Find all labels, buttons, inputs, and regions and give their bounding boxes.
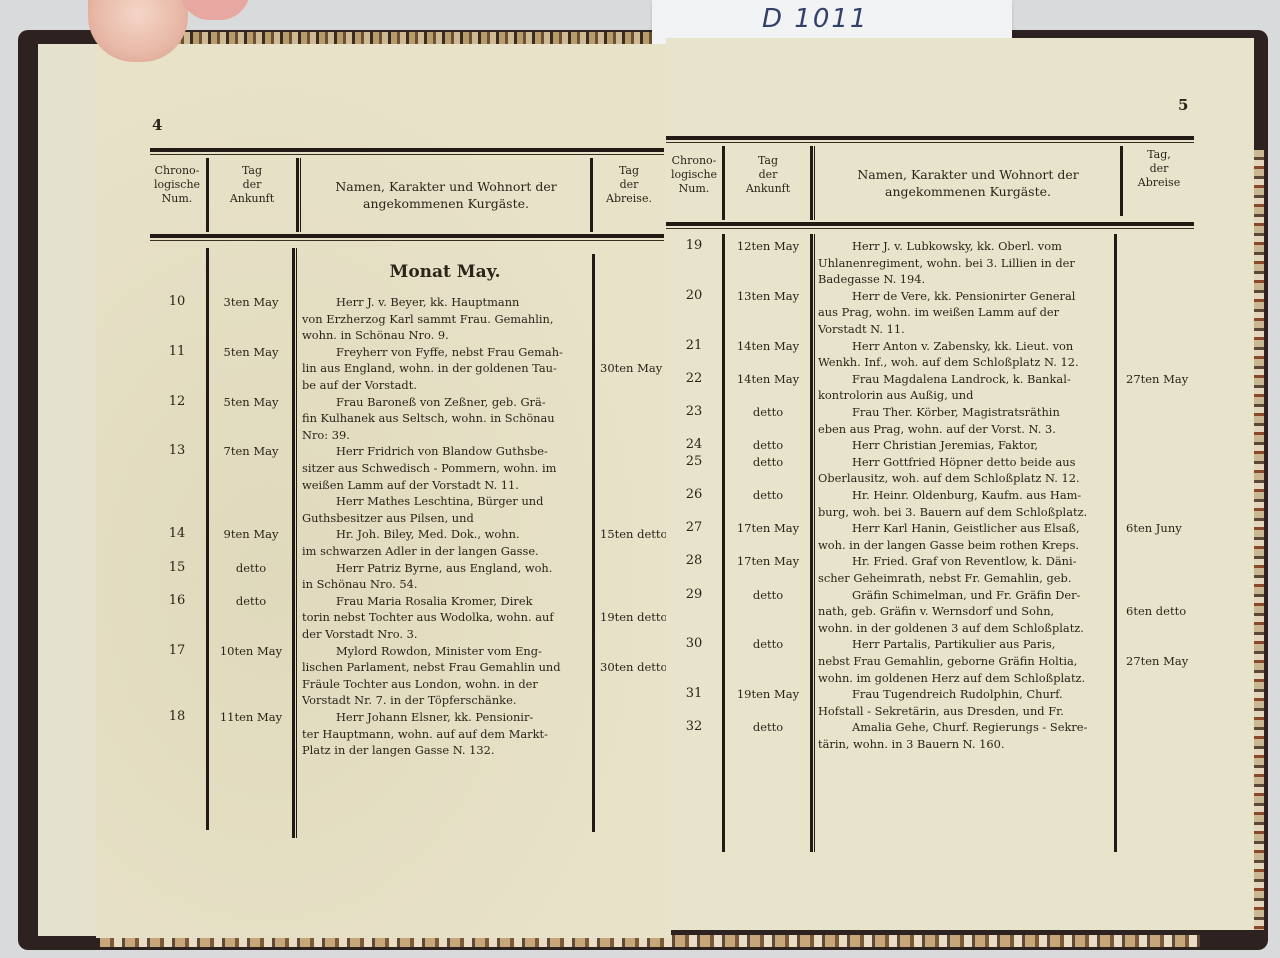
guest-entry-text: Herr Patriz Byrne, aus England, woh.in S… xyxy=(302,560,590,593)
header-departure: Tag, der Abreise xyxy=(1124,148,1194,190)
arrival-date: 14ten May xyxy=(726,338,810,355)
guest-entry-text: Amalia Gehe, Churf. Regierungs - Sekre-t… xyxy=(818,719,1112,752)
guest-entry-text: Herr Anton v. Zabensky, kk. Lieut. vonWe… xyxy=(818,338,1112,371)
entry-line: Nro: 39. xyxy=(302,427,590,444)
entry-line: Platz in der langen Gasse N. 132. xyxy=(302,742,590,759)
entry-number: 12 xyxy=(148,394,206,411)
entry-line: Herr Mathes Leschtina, Bürger und xyxy=(302,493,590,510)
col-divider xyxy=(814,146,815,220)
entry-line: Badegasse N. 194. xyxy=(818,271,1112,288)
guest-entry-text: Frau Ther. Körber, Magistratsräthineben … xyxy=(818,404,1112,437)
entry-number: 14 xyxy=(148,526,206,543)
entry-line: woh. in der langen Gasse beim rothen Kre… xyxy=(818,537,1112,554)
entry-line: Herr Patriz Byrne, aus England, woh. xyxy=(302,560,590,577)
departure-date: 27ten May xyxy=(1126,653,1188,670)
entry-line: Wenkh. Inf., woh. auf dem Schloßplatz N.… xyxy=(818,354,1112,371)
header-top-rule xyxy=(150,148,664,152)
header-num: Chrono- logische Num. xyxy=(148,164,206,206)
finger xyxy=(180,0,250,20)
header-bottom-rule-thin xyxy=(666,228,1194,229)
entry-line: Frau Tugendreich Rudolphin, Churf. xyxy=(818,686,1112,703)
arrival-date: detto xyxy=(726,404,810,421)
col-divider xyxy=(810,234,813,852)
header-arrival: Tag der Ankunft xyxy=(726,154,810,196)
entry-line: tärin, wohn. in 3 Bauern N. 160. xyxy=(818,736,1112,753)
col-divider xyxy=(592,254,595,832)
arrival-date: detto xyxy=(726,454,810,471)
col-divider xyxy=(814,234,815,852)
guest-entry-text: Frau Baroneß von Zeßner, geb. Grä-fin Ku… xyxy=(302,394,590,444)
arrival-date: detto xyxy=(726,636,810,653)
header-bottom-rule xyxy=(666,222,1194,226)
entry-line: Gräfin Schimelman, und Fr. Gräfin Der- xyxy=(818,587,1112,604)
header-bottom-rule xyxy=(150,234,664,238)
arrival-date: detto xyxy=(210,560,292,577)
departure-date: 30ten detto xyxy=(600,659,667,676)
arrival-date: detto xyxy=(726,587,810,604)
entry-line: Herr de Vere, kk. Pensionirter General xyxy=(818,288,1112,305)
entry-number: 29 xyxy=(666,587,722,604)
entry-number: 25 xyxy=(666,454,722,471)
guest-entry-text: Hr. Joh. Biley, Med. Dok., wohn.im schwa… xyxy=(302,526,590,559)
entry-line: ter Hauptmann, wohn. auf auf dem Markt- xyxy=(302,726,590,743)
guest-entry-text: Herr de Vere, kk. Pensionirter Generalau… xyxy=(818,288,1112,338)
entry-line: kontrolorin aus Außig, und xyxy=(818,387,1112,404)
departure-date: 30ten May xyxy=(600,360,662,377)
entry-number: 19 xyxy=(666,238,722,255)
entry-number: 27 xyxy=(666,520,722,537)
entry-line: Frau Baroneß von Zeßner, geb. Grä- xyxy=(302,394,590,411)
entry-line: Herr J. v. Beyer, kk. Hauptmann xyxy=(302,294,590,311)
entry-line: Amalia Gehe, Churf. Regierungs - Sekre- xyxy=(818,719,1112,736)
entry-line: sitzer aus Schwedisch - Pommern, wohn. i… xyxy=(302,460,590,477)
entry-line: Freyherr von Fyffe, nebst Frau Gemah- xyxy=(302,344,590,361)
entry-line: Frau Magdalena Landrock, k. Bankal- xyxy=(818,371,1112,388)
arrival-date: 3ten May xyxy=(210,294,292,311)
entry-line: im schwarzen Adler in der langen Gasse. xyxy=(302,543,590,560)
guest-entry-text: Herr Christian Jeremias, Faktor, xyxy=(818,437,1112,454)
arrival-date: 19ten May xyxy=(726,686,810,703)
guest-entry-text: Freyherr von Fyffe, nebst Frau Gemah-lin… xyxy=(302,344,590,394)
entry-number: 23 xyxy=(666,404,722,421)
entry-line: Herr Partalis, Partikulier aus Paris, xyxy=(818,636,1112,653)
arrival-date: 5ten May xyxy=(210,394,292,411)
entry-number: 26 xyxy=(666,487,722,504)
guest-entry-text: Herr J. v. Beyer, kk. Hauptmannvon Erzhe… xyxy=(302,294,590,344)
guest-entry-text: Hr. Heinr. Oldenburg, Kaufm. aus Ham-bur… xyxy=(818,487,1112,520)
entry-line: Herr Christian Jeremias, Faktor, xyxy=(818,437,1112,454)
col-divider xyxy=(1114,234,1117,852)
header-top-rule-thin xyxy=(666,142,1194,143)
entry-number: 16 xyxy=(148,593,206,610)
col-divider xyxy=(292,248,295,838)
entry-line: Fräule Tochter aus London, wohn. in der xyxy=(302,676,590,693)
entry-number: 28 xyxy=(666,553,722,570)
guest-entry-text: Mylord Rowdon, Minister vom Eng-lischen … xyxy=(302,643,590,709)
departure-date: 27ten May xyxy=(1126,371,1188,388)
guest-entry-text: Frau Maria Rosalia Kromer, Direktorin ne… xyxy=(302,593,590,643)
entry-line: weißen Lamm auf der Vorstadt N. 11. xyxy=(302,477,590,494)
col-divider xyxy=(300,158,301,232)
month-heading: Monat May. xyxy=(300,262,590,282)
header-names: Namen, Karakter und Wohnort der angekomm… xyxy=(818,166,1118,200)
arrival-date: 7ten May xyxy=(210,443,292,460)
entry-line: Hofstall - Sekretärin, aus Dresden, und … xyxy=(818,703,1112,720)
guest-entry-text: Herr Mathes Leschtina, Bürger undGuthsbe… xyxy=(302,493,590,526)
entry-number: 21 xyxy=(666,338,722,355)
col-divider xyxy=(296,248,297,838)
col-divider xyxy=(206,248,209,830)
entry-line: Herr Fridrich von Blandow Guthsbe- xyxy=(302,443,590,460)
shelfmark-text: D 1011 xyxy=(762,4,868,34)
entry-line: wohn. im goldenen Herz auf dem Schloßpla… xyxy=(818,670,1112,687)
entry-line: Herr Gottfried Höpner detto beide aus xyxy=(818,454,1112,471)
entry-number: 13 xyxy=(148,443,206,460)
arrival-date: detto xyxy=(726,437,810,454)
col-divider xyxy=(206,158,209,232)
arrival-date: 11ten May xyxy=(210,709,292,726)
entry-line: fin Kulhanek aus Seltsch, wohn. in Schön… xyxy=(302,410,590,427)
left-page: 4 Chrono- logische Num. Tag der Ankunft … xyxy=(96,44,671,938)
entry-number: 20 xyxy=(666,288,722,305)
entry-line: wohn. in Schönau Nro. 9. xyxy=(302,327,590,344)
entry-line: scher Geheimrath, nebst Fr. Gemahlin, ge… xyxy=(818,570,1112,587)
guest-entry-text: Herr J. v. Lubkowsky, kk. Oberl. vomUhla… xyxy=(818,238,1112,288)
header-names: Namen, Karakter und Wohnort der angekomm… xyxy=(304,178,588,212)
guest-entry-text: Herr Karl Hanin, Geistlicher aus Elsaß,w… xyxy=(818,520,1112,553)
entry-line: der Vorstadt Nro. 3. xyxy=(302,626,590,643)
guest-entry-text: Herr Johann Elsner, kk. Pensionir-ter Ha… xyxy=(302,709,590,759)
header-num: Chrono- logische Num. xyxy=(666,154,722,196)
entry-line: lin aus England, wohn. in der goldenen T… xyxy=(302,360,590,377)
entry-number: 11 xyxy=(148,344,206,361)
entry-line: wohn. in der goldenen 3 auf dem Schloßpl… xyxy=(818,620,1112,637)
arrival-date: 13ten May xyxy=(726,288,810,305)
entry-line: Herr Johann Elsner, kk. Pensionir- xyxy=(302,709,590,726)
header-departure: Tag der Abreise. xyxy=(594,164,664,206)
entry-line: Oberlausitz, woh. auf dem Schloßplatz N.… xyxy=(818,470,1112,487)
right-page: 5 Chrono- logische Num. Tag der Ankunft … xyxy=(666,38,1254,930)
entry-line: Herr Karl Hanin, Geistlicher aus Elsaß, xyxy=(818,520,1112,537)
entry-line: Frau Maria Rosalia Kromer, Direk xyxy=(302,593,590,610)
entry-number: 18 xyxy=(148,709,206,726)
page-number: 4 xyxy=(152,116,162,134)
col-divider xyxy=(722,234,725,852)
entry-line: Herr Anton v. Zabensky, kk. Lieut. von xyxy=(818,338,1112,355)
col-divider xyxy=(810,146,813,220)
entry-line: Herr J. v. Lubkowsky, kk. Oberl. vom xyxy=(818,238,1112,255)
entry-line: Hr. Fried. Graf von Reventlow, k. Däni- xyxy=(818,553,1112,570)
entry-line: Hr. Heinr. Oldenburg, Kaufm. aus Ham- xyxy=(818,487,1112,504)
arrival-date: 9ten May xyxy=(210,526,292,543)
entry-line: nath, geb. Gräfin v. Wernsdorf und Sohn, xyxy=(818,603,1112,620)
page-number: 5 xyxy=(1178,96,1188,114)
arrival-date: detto xyxy=(210,593,292,610)
entry-number: 22 xyxy=(666,371,722,388)
header-top-rule xyxy=(666,136,1194,140)
guest-entry-text: Gräfin Schimelman, und Fr. Gräfin Der-na… xyxy=(818,587,1112,637)
guest-entry-text: Hr. Fried. Graf von Reventlow, k. Däni-s… xyxy=(818,553,1112,586)
guest-entry-text: Frau Tugendreich Rudolphin, Churf.Hofsta… xyxy=(818,686,1112,719)
arrival-date: 5ten May xyxy=(210,344,292,361)
entry-number: 32 xyxy=(666,719,722,736)
entry-number: 31 xyxy=(666,686,722,703)
entry-line: torin nebst Tochter aus Wodolka, wohn. a… xyxy=(302,609,590,626)
entry-number: 30 xyxy=(666,636,722,653)
departure-date: 15ten detto xyxy=(600,526,667,543)
entry-line: burg, woh. bei 3. Bauern auf dem Schloßp… xyxy=(818,504,1112,521)
arrival-date: 17ten May xyxy=(726,553,810,570)
col-divider xyxy=(590,158,593,232)
header-top-rule-thin xyxy=(150,154,664,155)
arrival-date: 12ten May xyxy=(726,238,810,255)
guest-entry-text: Herr Partalis, Partikulier aus Paris,neb… xyxy=(818,636,1112,686)
entry-line: aus Prag, wohn. im weißen Lamm auf der xyxy=(818,304,1112,321)
entry-line: Uhlanenregiment, wohn. bei 3. Lillien in… xyxy=(818,255,1112,272)
entry-line: Vorstadt N. 11. xyxy=(818,321,1112,338)
arrival-date: 10ten May xyxy=(210,643,292,660)
entry-number: 24 xyxy=(666,437,722,454)
departure-date: 6ten detto xyxy=(1126,603,1186,620)
col-divider xyxy=(296,158,299,232)
guest-entry-text: Herr Gottfried Höpner detto beide ausObe… xyxy=(818,454,1112,487)
entry-line: be auf der Vorstadt. xyxy=(302,377,590,394)
arrival-date: 14ten May xyxy=(726,371,810,388)
entry-line: Mylord Rowdon, Minister vom Eng- xyxy=(302,643,590,660)
guest-entry-text: Herr Fridrich von Blandow Guthsbe-sitzer… xyxy=(302,443,590,493)
entry-line: Vorstadt Nr. 7. in der Töpferschänke. xyxy=(302,692,590,709)
entry-line: Guthsbesitzer aus Pilsen, und xyxy=(302,510,590,527)
entry-line: Hr. Joh. Biley, Med. Dok., wohn. xyxy=(302,526,590,543)
guest-entry-text: Frau Magdalena Landrock, k. Bankal-kontr… xyxy=(818,371,1112,404)
entry-line: nebst Frau Gemahlin, geborne Gräfin Holt… xyxy=(818,653,1112,670)
entry-number: 10 xyxy=(148,294,206,311)
header-arrival: Tag der Ankunft xyxy=(210,164,294,206)
header-bottom-rule-thin xyxy=(150,240,664,241)
col-divider xyxy=(1120,146,1123,216)
arrival-date: detto xyxy=(726,719,810,736)
arrival-date: detto xyxy=(726,487,810,504)
entry-line: in Schönau Nro. 54. xyxy=(302,576,590,593)
departure-date: 6ten Juny xyxy=(1126,520,1182,537)
entry-line: lischen Parlament, nebst Frau Gemahlin u… xyxy=(302,659,590,676)
entry-line: eben aus Prag, wohn. auf der Vorst. N. 3… xyxy=(818,421,1112,438)
entry-line: Frau Ther. Körber, Magistratsräthin xyxy=(818,404,1112,421)
entry-line: von Erzherzog Karl sammt Frau. Gemahlin, xyxy=(302,311,590,328)
arrival-date: 17ten May xyxy=(726,520,810,537)
entry-number: 17 xyxy=(148,643,206,660)
entry-number: 15 xyxy=(148,560,206,577)
flyleaf-strip xyxy=(38,44,98,936)
departure-date: 19ten detto xyxy=(600,609,667,626)
col-divider xyxy=(722,146,725,220)
